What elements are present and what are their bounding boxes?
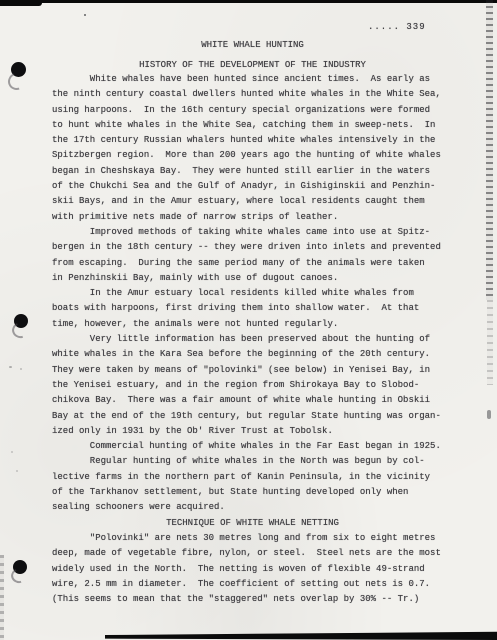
scan-speck (84, 14, 86, 16)
scanned-page: ..... 339 WHITE WHALE HUNTING HISTORY OF… (0, 0, 497, 640)
scan-speck (9, 366, 12, 368)
paragraph-polovinki-nets: "Polovinki" are nets 30 metres long and … (52, 531, 453, 607)
document-title: WHITE WHALE HUNTING (52, 40, 453, 50)
paragraph-far-east: Commercial hunting of white whales in th… (52, 439, 453, 454)
paragraph-north-hunting: Regular hunting of white whales in the N… (52, 454, 453, 515)
scan-binding-edge-fade (487, 300, 493, 385)
scan-speck (16, 470, 18, 472)
scan-binding-edge (486, 0, 493, 300)
scan-edge-top-left (0, 0, 42, 6)
paragraph-kara-sea: Very little information has been preserv… (52, 332, 453, 439)
document-body: White whales have been hunted since anci… (52, 72, 453, 607)
scan-edge-left (0, 555, 4, 640)
paragraph-ancient-times: White whales have been hunted since anci… (52, 72, 453, 225)
scan-mark-right (487, 410, 491, 419)
scan-speck (11, 451, 13, 453)
paragraph-amur-estuary: In the Amur estuary local residents kill… (52, 286, 453, 332)
scan-edge-top (0, 0, 497, 3)
paragraph-improved-methods: Improved methods of taking white whales … (52, 225, 453, 286)
page-number: ..... 339 (368, 22, 426, 32)
section-heading-technique: TECHNIQUE OF WHITE WHALE NETTING (52, 516, 453, 531)
section-heading-history: HISTORY OF THE DEVELOPMENT OF THE INDUST… (52, 60, 453, 70)
scan-edge-bottom (105, 631, 497, 640)
scan-speck (20, 368, 22, 370)
